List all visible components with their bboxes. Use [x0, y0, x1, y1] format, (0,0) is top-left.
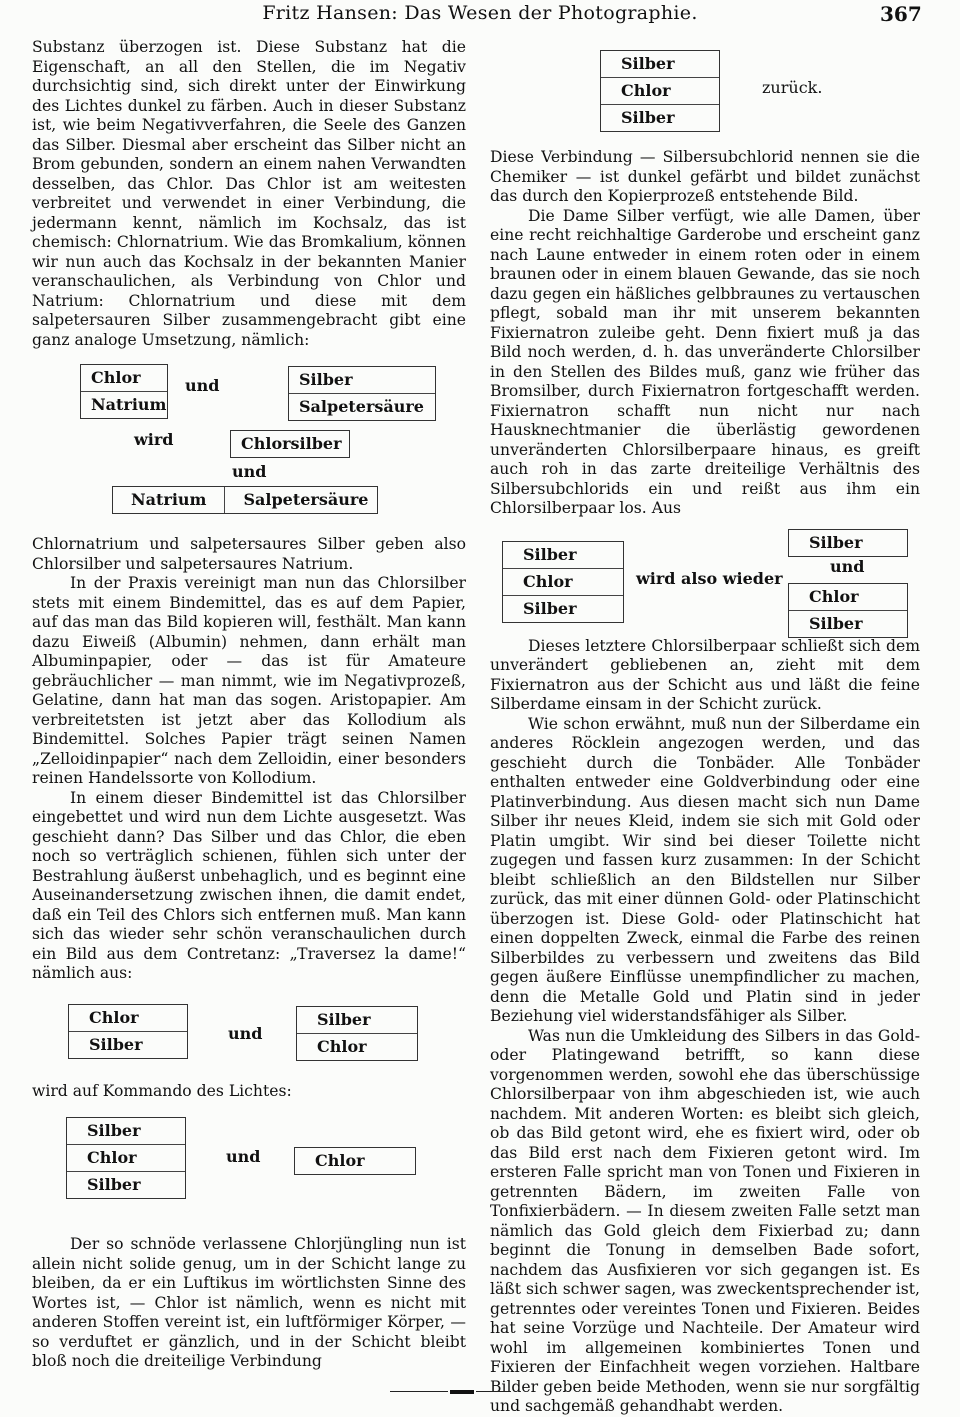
connector-label: wird also wieder	[636, 569, 783, 589]
formula-box: Natrium Salpetersäure	[112, 486, 378, 514]
element-label: Chlor	[601, 77, 719, 104]
diagram-traversez-la-dame: Chlor Silber und Silber Chlor	[32, 1002, 466, 1082]
diagram-fixing-reaction: Silber Chlor Silber wird also wieder Sil…	[490, 527, 920, 637]
diagram-chlornatrium-reaction: Chlor Natrium und Silber Salpetersäure w…	[32, 360, 466, 535]
element-label: Salpetersäure	[224, 487, 386, 513]
formula-box: Chlor Silber	[788, 583, 908, 638]
formula-box: Chlor Natrium	[80, 364, 168, 419]
diagram-silbersubchlorid: Silber Chlor Silber zurück.	[490, 50, 920, 148]
paragraph: Substanz überzogen ist. Diese Substanz h…	[32, 38, 466, 350]
element-label: Silber	[67, 1171, 185, 1198]
paragraph: Chlornatrium und salpetersaures Silber g…	[32, 535, 466, 574]
connector-label: und	[226, 1147, 260, 1167]
paragraph: In einem dieser Bindemittel ist das Chlo…	[32, 789, 466, 984]
element-label: Silber	[601, 51, 719, 77]
connector-label: und	[228, 1024, 262, 1044]
paragraph: Diese Verbindung — Silbersubchlorid nenn…	[490, 148, 920, 207]
formula-box: Chlor	[294, 1147, 416, 1175]
element-label: Silber	[289, 367, 435, 393]
end-ornament-divider	[390, 1389, 508, 1395]
element-label: Silber	[503, 595, 623, 622]
paragraph: Wie schon erwähnt, muß nun der Silberdam…	[490, 715, 920, 1027]
connector-label: und	[232, 462, 266, 482]
connector-label: und	[830, 557, 864, 577]
formula-box: Silber Chlor	[296, 1006, 418, 1061]
running-title: Fritz Hansen: Das Wesen der Photographie…	[0, 2, 960, 24]
formula-box: Chlor Silber	[68, 1004, 188, 1059]
element-label: Silber	[67, 1118, 185, 1144]
element-label: Silber	[789, 530, 907, 556]
element-label: Chlor	[297, 1033, 417, 1060]
element-label: Chlor	[69, 1005, 187, 1031]
element-label: Silber	[789, 610, 907, 637]
connector-label: und	[185, 376, 219, 396]
connector-label: wird	[134, 430, 173, 450]
element-label: Silber	[503, 542, 623, 568]
formula-box: Chlorsilber	[230, 430, 350, 458]
paragraph: Die Dame Silber verfügt, wie alle Damen,…	[490, 207, 920, 519]
connector-label: zurück.	[762, 78, 822, 98]
diagram-light-reaction: Silber Chlor Silber und Chlor	[32, 1117, 466, 1235]
element-label: Silber	[297, 1007, 417, 1033]
element-label: Silber	[69, 1031, 187, 1058]
element-label: Salpetersäure	[289, 393, 435, 420]
page-number: 367	[880, 2, 922, 26]
element-label: Chlor	[67, 1144, 185, 1171]
element-label: Chlor	[81, 365, 167, 391]
element-label: Natrium	[81, 391, 167, 418]
element-label: Chlor	[503, 568, 623, 595]
left-column: Substanz überzogen ist. Diese Substanz h…	[32, 38, 466, 1372]
element-label: Silber	[601, 104, 719, 131]
formula-box: Silber Chlor Silber	[502, 541, 624, 623]
element-label: Chlor	[295, 1148, 415, 1174]
formula-box: Silber	[788, 529, 908, 557]
right-column: Silber Chlor Silber zurück. Diese Verbin…	[490, 38, 920, 1417]
formula-box: Silber Chlor Silber	[66, 1117, 186, 1199]
paragraph: Was nun die Umkleidung des Silbers in da…	[490, 1027, 920, 1417]
element-label: Natrium	[113, 487, 224, 513]
paragraph: Dieses letztere Chlorsilberpaar schließt…	[490, 637, 920, 715]
formula-box: Silber Chlor Silber	[600, 50, 720, 132]
element-label: Chlor	[789, 584, 907, 610]
paragraph: Der so schnöde verlassene Chlorjüngling …	[32, 1235, 466, 1372]
paragraph: In der Praxis vereinigt man nun das Chlo…	[32, 574, 466, 789]
element-label: Chlorsilber	[231, 431, 349, 457]
formula-box: Silber Salpetersäure	[288, 366, 436, 421]
paragraph: wird auf Kommando des Lichtes:	[32, 1082, 466, 1102]
